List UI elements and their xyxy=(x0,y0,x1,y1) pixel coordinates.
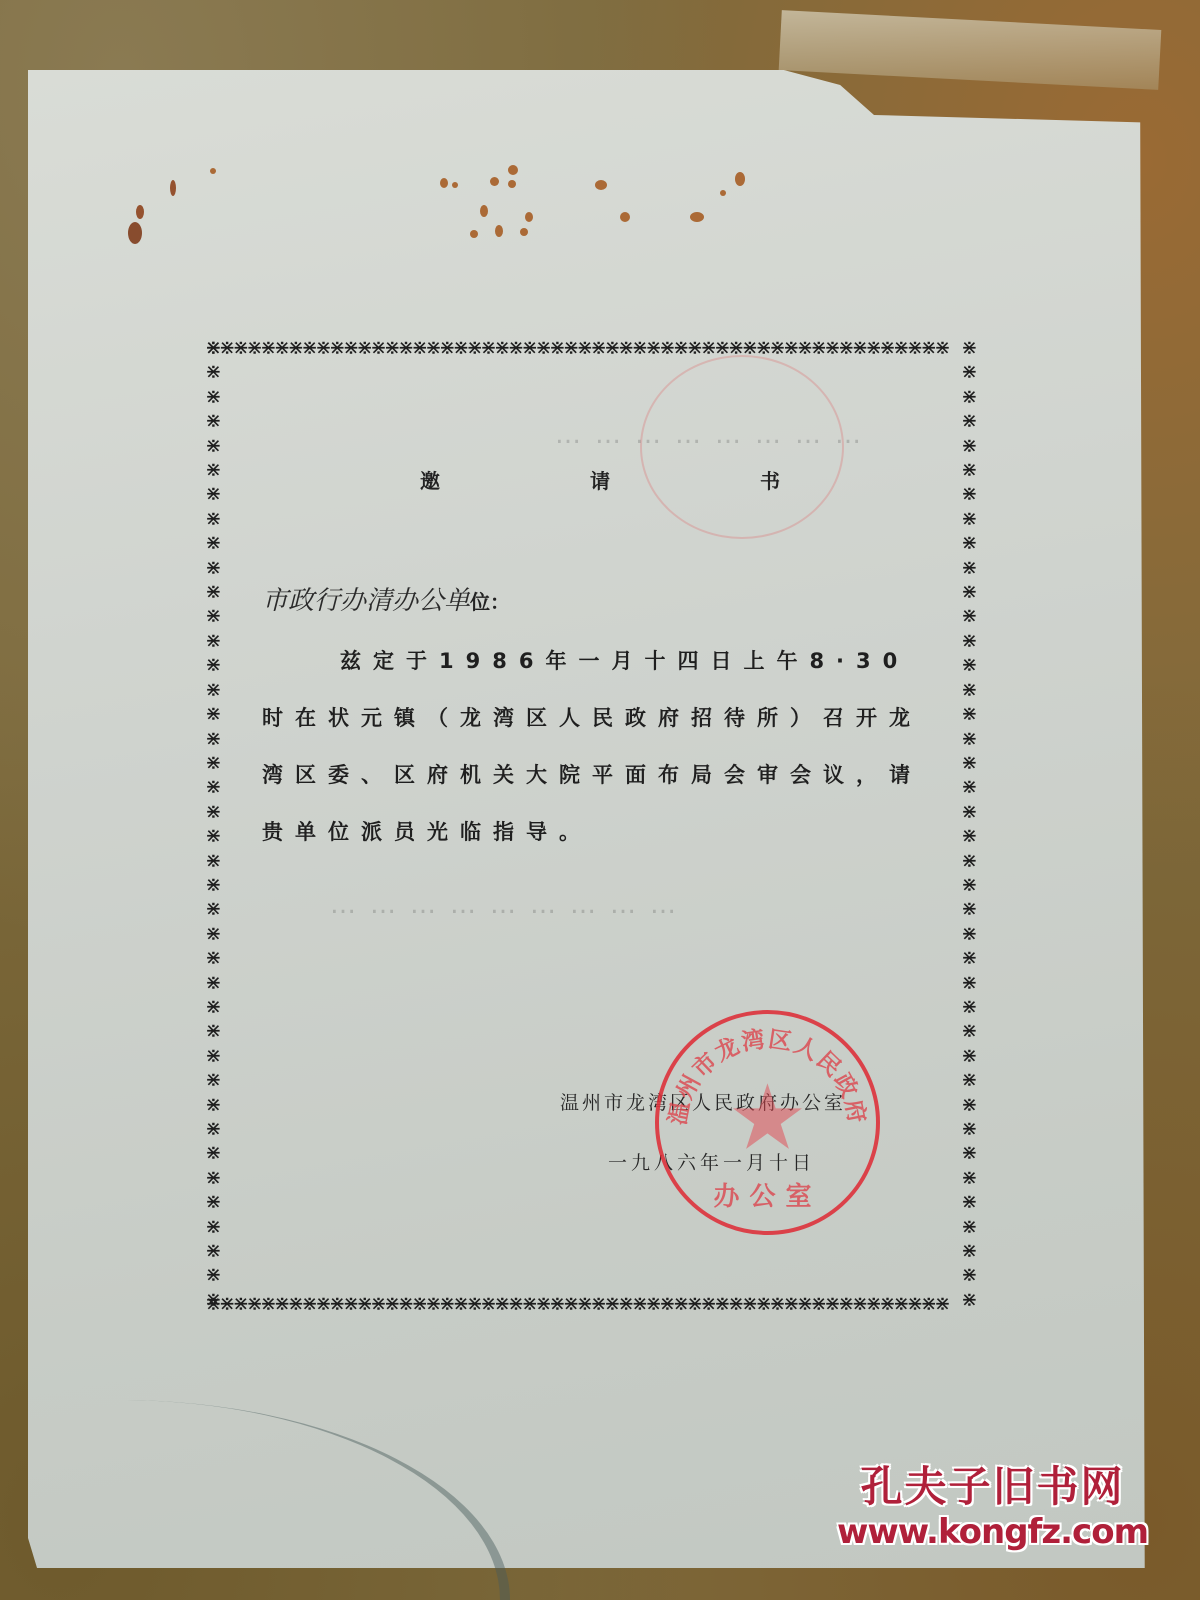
border-left: ⋇⋇⋇⋇⋇⋇⋇⋇⋇⋇⋇⋇⋇⋇⋇⋇⋇⋇⋇⋇⋇⋇⋇⋇⋇⋇⋇⋇⋇⋇⋇⋇⋇⋇⋇⋇⋇⋇⋇⋇ xyxy=(205,335,229,1315)
printed-recipient-suffix: 位： xyxy=(470,590,510,614)
title-char: 请 xyxy=(590,465,610,494)
border-top: ⋇⋇⋇⋇⋇⋇⋇⋇⋇⋇⋇⋇⋇⋇⋇⋇⋇⋇⋇⋇⋇⋇⋇⋇⋇⋇⋇⋇⋇⋇⋇⋇⋇⋇⋇⋇⋇⋇⋇⋇… xyxy=(205,335,985,359)
body-line: 兹定于1986年一月十四日上午8·30 xyxy=(262,633,952,690)
seal-bottom-text: 办公室 xyxy=(659,1176,876,1213)
invitation-body: 兹定于1986年一月十四日上午8·30 时在状元镇（龙湾区人民政府招待所）召开龙… xyxy=(262,633,952,861)
watermark: 孔夫子旧书网 www.kongfz.com xyxy=(837,1462,1148,1552)
handwritten-recipient: 市政行办清办公单 xyxy=(262,586,470,616)
document-title: 邀 请 书 xyxy=(420,465,780,494)
body-line: 贵单位派员光临指导。 xyxy=(262,804,952,861)
title-char: 书 xyxy=(760,465,780,494)
body-line: 湾区委、区府机关大院平面布局会审会议，请 xyxy=(262,747,952,804)
title-char: 邀 xyxy=(420,465,440,494)
star-icon: ★ xyxy=(727,1073,808,1163)
official-seal: 温州市龙湾区人民政府 ★ 办公室 xyxy=(655,1010,880,1235)
watermark-url: www.kongfz.com xyxy=(837,1512,1148,1552)
salutation: 市政行办清办公单位： xyxy=(262,580,510,617)
border-right: ⋇⋇⋇⋇⋇⋇⋇⋇⋇⋇⋇⋇⋇⋇⋇⋇⋇⋇⋇⋇⋇⋇⋇⋇⋇⋇⋇⋇⋇⋇⋇⋇⋇⋇⋇⋇⋇⋇⋇⋇ xyxy=(961,335,985,1315)
body-line: 时在状元镇（龙湾区人民政府招待所）召开龙 xyxy=(262,690,952,747)
watermark-name: 孔夫子旧书网 xyxy=(837,1462,1148,1512)
folded-paper-edge xyxy=(779,10,1162,90)
border-bottom: ⋇⋇⋇⋇⋇⋇⋇⋇⋇⋇⋇⋇⋇⋇⋇⋇⋇⋇⋇⋇⋇⋇⋇⋇⋇⋇⋇⋇⋇⋇⋇⋇⋇⋇⋇⋇⋇⋇⋇⋇… xyxy=(205,1291,985,1315)
